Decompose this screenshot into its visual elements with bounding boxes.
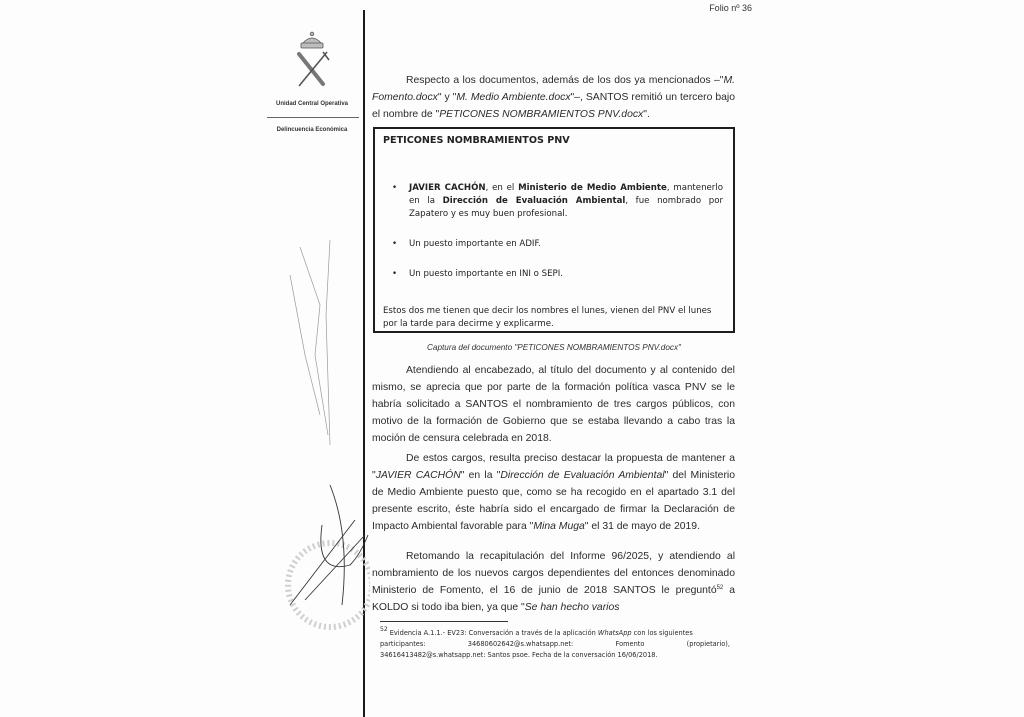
- document-capture-box: PETICONES NOMBRAMIENTOS PNV JAVIER CACHÓ…: [373, 127, 735, 333]
- mine-name: Mina Muga: [533, 521, 584, 532]
- footnote-separator: [380, 621, 508, 622]
- participant-1-name: Fomento: [616, 639, 645, 650]
- list-item: JAVIER CACHÓN, en el Ministerio de Medio…: [389, 182, 723, 221]
- request-list: JAVIER CACHÓN, en el Ministerio de Medio…: [389, 182, 723, 298]
- text: " en la ": [461, 470, 501, 481]
- quote: Se han hecho varios: [525, 602, 620, 613]
- text: ".: [643, 109, 650, 120]
- directorate-name: Dirección de Evaluación Ambiental: [443, 196, 626, 206]
- paragraph-recap: Retomando la recapitulación del Informe …: [372, 548, 735, 616]
- participant-1: 34680602642@s.whatsapp.net:: [468, 639, 573, 650]
- folio-number: Folio nº 36: [709, 3, 752, 13]
- footnote-line: 34616413482@s.whatsapp.net: Santos psoe.…: [380, 650, 730, 661]
- footnote-number: 52: [380, 626, 388, 633]
- paragraph-cachon: De estos cargos, resulta preciso destaca…: [372, 450, 735, 535]
- text: Evidencia A.1.1.- EV23: Conversación a t…: [388, 629, 598, 637]
- unit-name: Unidad Central Operativa: [262, 101, 362, 107]
- list-item: Un puesto importante en INI o SEPI.: [389, 268, 723, 281]
- app-name: WhatsApp: [598, 629, 632, 637]
- document-page: Folio nº 36 Unidad Central Operativa Del…: [0, 0, 1024, 717]
- text: Respecto a los documentos, además de los…: [406, 75, 723, 86]
- box-footer-text: Estos dos me tienen que decir los nombre…: [383, 305, 725, 331]
- text: " y ": [438, 92, 457, 103]
- text: Retomando la recapitulación del Informe …: [372, 551, 735, 596]
- footnote-line: 52 Evidencia A.1.1.- EV23: Conversación …: [380, 628, 730, 639]
- text: (propietario),: [687, 639, 730, 650]
- paragraph-documents: Respecto a los documentos, además de los…: [372, 72, 735, 123]
- text: participantes:: [380, 639, 426, 650]
- footnote-participants-row: participantes: 34680602642@s.whatsapp.ne…: [380, 639, 730, 650]
- unit-separator: [267, 117, 359, 118]
- guardia-civil-emblem-icon: [287, 30, 337, 90]
- list-item: Un puesto importante en ADIF.: [389, 238, 723, 251]
- signature-and-stamp: [260, 235, 370, 635]
- unit-subtitle: Delincuencia Económica: [262, 127, 362, 133]
- figure-caption: Captura del documento "PETICONES NOMBRAM…: [373, 343, 735, 352]
- ministry-name: Ministerio de Medio Ambiente: [518, 183, 667, 193]
- doc-name-peticiones: PETICONES NOMBRAMIENTOS PNV.docx: [439, 109, 643, 120]
- paragraph-analysis: Atendiendo al encabezado, al título del …: [372, 362, 735, 447]
- footnote-52: 52 Evidencia A.1.1.- EV23: Conversación …: [380, 628, 730, 661]
- doc-name-medio-ambiente: M. Medio Ambiente.docx: [456, 92, 570, 103]
- text: con los siguientes: [632, 629, 693, 637]
- text: " el 31 de mayo de 2019.: [585, 521, 700, 532]
- person-name: JAVIER CACHÓN: [376, 470, 461, 481]
- directorate-name: Dirección de Evaluación Ambiental: [500, 470, 664, 481]
- text: , en el: [486, 183, 518, 193]
- person-name: JAVIER CACHÓN: [409, 183, 486, 193]
- box-title: PETICONES NOMBRAMIENTOS PNV: [383, 135, 570, 146]
